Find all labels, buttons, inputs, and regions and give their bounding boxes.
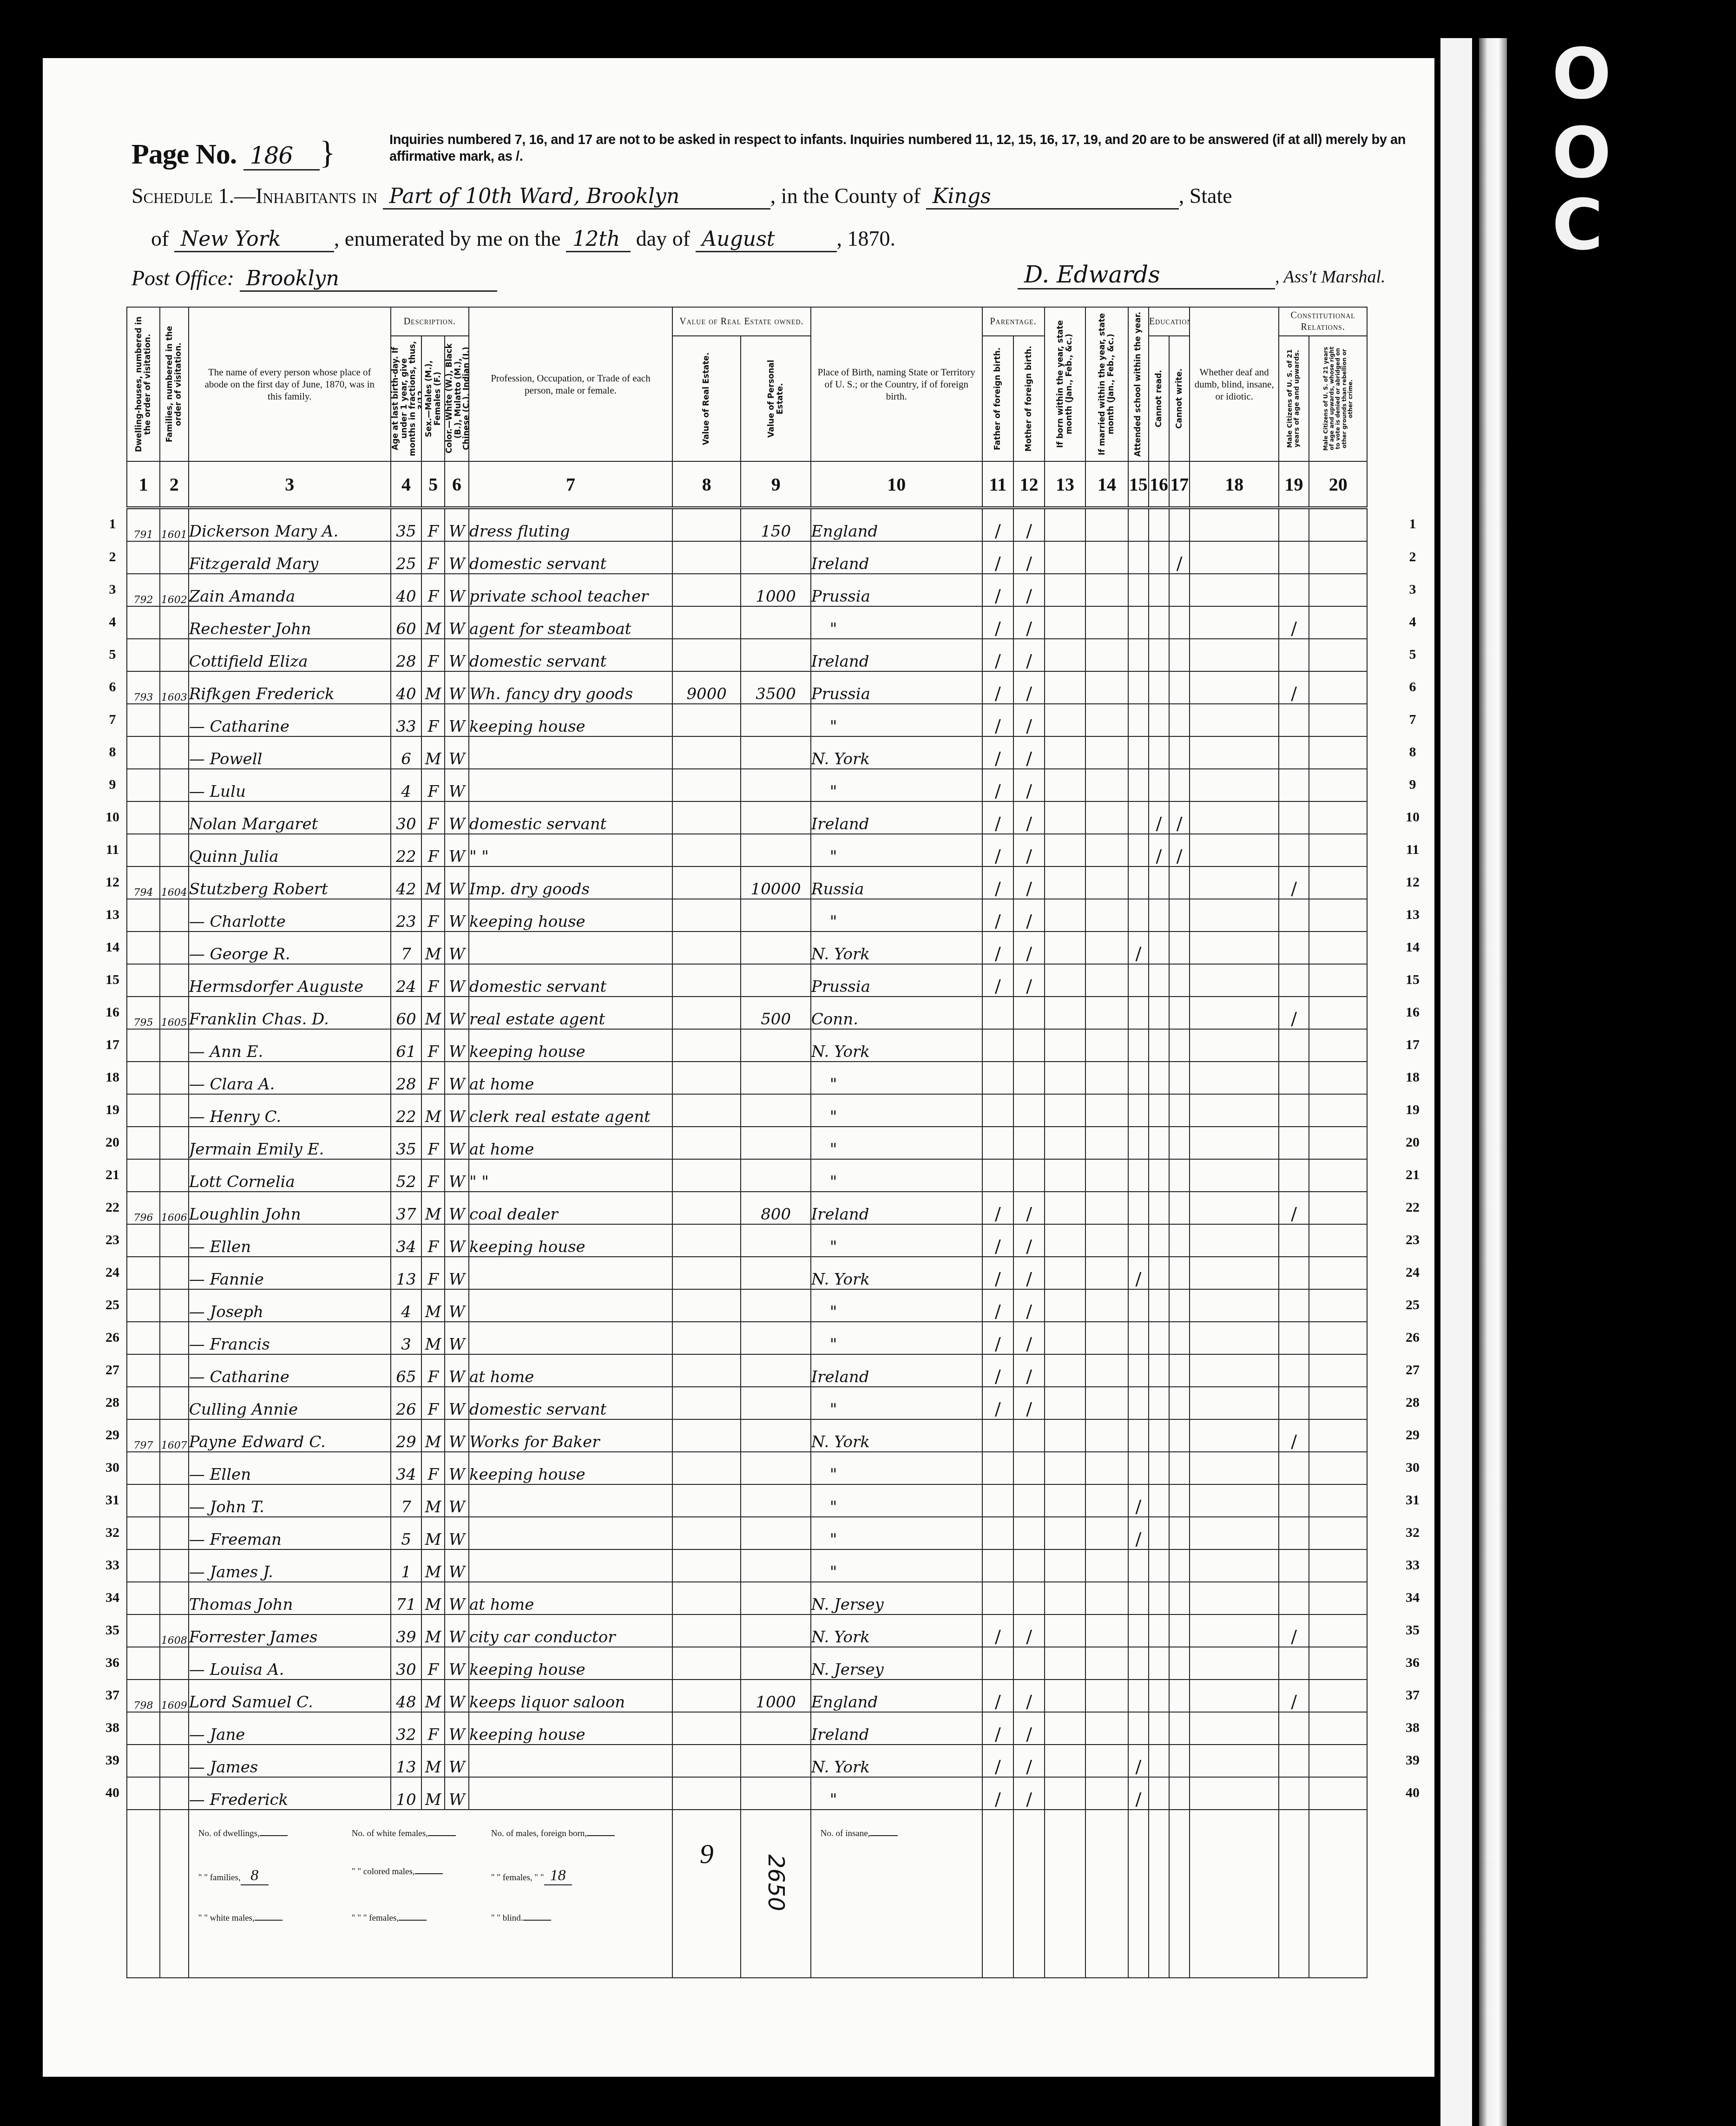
cell-family: [160, 1387, 189, 1419]
cell-father-foreign: /: [982, 541, 1014, 574]
cell-citizen-denied: [1309, 1517, 1367, 1549]
cell-father-foreign: /: [982, 834, 1014, 866]
cell-school: [1128, 964, 1149, 997]
cell-dwelling: [127, 1094, 160, 1127]
cell-mother-foreign: /: [1013, 606, 1044, 639]
cell-sex: M: [421, 1289, 445, 1322]
cell-dwelling: [127, 1712, 160, 1745]
summary-row: No. of dwellings, No. of white females, …: [127, 1810, 1436, 1978]
line-number: 25: [103, 1297, 122, 1313]
cell-occupation: [469, 1745, 672, 1777]
column-number: 6: [445, 461, 469, 508]
cell-born-month: [1045, 1419, 1085, 1452]
cell-dwelling: 795: [127, 997, 160, 1029]
cell-born-month: [1045, 997, 1085, 1029]
cell-cannot-read: [1149, 1614, 1169, 1647]
cell-occupation: [469, 1257, 672, 1289]
line-number: 31: [1403, 1492, 1422, 1508]
cell-born-month: [1045, 1224, 1085, 1257]
cell-family: [160, 1289, 189, 1322]
cell-real-estate: [672, 997, 741, 1029]
cell-color: W: [445, 834, 469, 866]
line-number: 29: [103, 1427, 122, 1443]
table-row: Rechester John60MWagent for steamboat"//…: [127, 606, 1436, 639]
cell-mother-foreign: [1013, 1647, 1044, 1680]
cell-citizen: /: [1279, 1192, 1309, 1224]
cell-disability: [1190, 1712, 1279, 1745]
cell-birthplace: Ireland: [811, 541, 982, 574]
cell-color: W: [445, 1647, 469, 1680]
cell-school: [1128, 1094, 1149, 1127]
cell-real-estate: [672, 932, 741, 964]
cell-real-estate: [672, 1354, 741, 1387]
cell-family: [160, 704, 189, 736]
cell-cannot-read: [1149, 997, 1169, 1029]
state-field: New York: [174, 227, 334, 252]
line-number: 6: [1403, 679, 1422, 695]
col-13-header: If born within the year, state month (Ja…: [1045, 307, 1085, 461]
cell-color: W: [445, 1387, 469, 1419]
cell-family: 1603: [160, 671, 189, 704]
cell-cannot-read: [1149, 671, 1169, 704]
cell-citizen: [1279, 1127, 1309, 1159]
cell-real-estate: [672, 801, 741, 834]
cell-mother-foreign: /: [1013, 1354, 1044, 1387]
cell-birthplace: Ireland: [811, 801, 982, 834]
cell-sex: M: [421, 671, 445, 704]
cell-citizen-denied: [1309, 1484, 1367, 1517]
cell-citizen-denied: [1309, 639, 1367, 671]
cell-sex: M: [421, 1517, 445, 1549]
cell-disability: [1190, 801, 1279, 834]
cell-personal-estate: [741, 606, 810, 639]
cell-cannot-read: [1149, 866, 1169, 899]
cell-school: [1128, 1419, 1149, 1452]
cell-born-month: [1045, 1127, 1085, 1159]
cell-born-month: [1045, 1094, 1085, 1127]
cell-disability: [1190, 1549, 1279, 1582]
cell-mother-foreign: /: [1013, 932, 1044, 964]
cell-family: 1607: [160, 1419, 189, 1452]
cell-real-estate: [672, 964, 741, 997]
cell-birthplace: ": [811, 1159, 982, 1192]
cell-dwelling: [127, 1452, 160, 1484]
cell-school: [1128, 866, 1149, 899]
cell-occupation: [469, 1484, 672, 1517]
cell-citizen-denied: [1309, 606, 1367, 639]
cell-cannot-write: [1169, 1192, 1190, 1224]
cell-disability: [1190, 866, 1279, 899]
cell-family: [160, 1549, 189, 1582]
cell-birthplace: Ireland: [811, 1712, 982, 1745]
cell-cannot-write: [1169, 1322, 1190, 1354]
cell-sex: F: [421, 1062, 445, 1094]
line-number: 30: [103, 1460, 122, 1476]
cell-color: W: [445, 1192, 469, 1224]
cell-real-estate: [672, 866, 741, 899]
cell-citizen-denied: [1309, 1712, 1367, 1745]
cell-citizen-denied: [1309, 1777, 1367, 1810]
cell-birthplace: ": [811, 1289, 982, 1322]
cell-born-month: [1045, 1549, 1085, 1582]
cell-dwelling: 791: [127, 508, 160, 541]
cell-married-month: [1085, 1517, 1128, 1549]
cell-sex: M: [421, 1094, 445, 1127]
cell-citizen-denied: [1309, 1322, 1367, 1354]
cell-married-month: [1085, 574, 1128, 606]
cell-father-foreign: [982, 997, 1014, 1029]
table-row: Jermain Emily E.35FWat home": [127, 1127, 1436, 1159]
cell-born-month: [1045, 801, 1085, 834]
cell-name: Rifkgen Frederick: [189, 671, 391, 704]
line-number: 35: [103, 1622, 122, 1638]
cell-family: [160, 899, 189, 932]
cell-citizen: [1279, 834, 1309, 866]
cell-personal-estate: [741, 639, 810, 671]
cell-cannot-write: [1169, 1549, 1190, 1582]
cell-father-foreign: /: [982, 769, 1014, 801]
line-number: 15: [1403, 972, 1422, 988]
cell-cannot-read: [1149, 1517, 1169, 1549]
cell-real-estate: [672, 639, 741, 671]
cell-family: [160, 1224, 189, 1257]
cell-born-month: [1045, 606, 1085, 639]
cell-color: W: [445, 1062, 469, 1094]
cell-family: [160, 1354, 189, 1387]
cell-birthplace: ": [811, 1517, 982, 1549]
cell-citizen: [1279, 1257, 1309, 1289]
table-row: 7971607Payne Edward C.29MWWorks for Bake…: [127, 1419, 1436, 1452]
enumeration-line: of New York, enumerated by me on the 12t…: [151, 226, 895, 252]
cell-school: [1128, 834, 1149, 866]
cell-birthplace: N. Jersey: [811, 1647, 982, 1680]
col-7-header: Profession, Occupation, or Trade of each…: [469, 307, 672, 461]
cell-father-foreign: [982, 1127, 1014, 1159]
cell-citizen: /: [1279, 997, 1309, 1029]
cell-citizen: /: [1279, 1680, 1309, 1712]
cell-married-month: [1085, 1127, 1128, 1159]
cell-name: — Ellen: [189, 1452, 391, 1484]
col-6-header: Color.—White (W.), Black (B.), Mulatto (…: [445, 336, 469, 461]
cell-cannot-read: [1149, 1159, 1169, 1192]
cell-color: W: [445, 736, 469, 769]
line-number: 12: [1403, 874, 1422, 890]
col-1-header: Dwelling-houses, numbered in the order o…: [127, 307, 160, 461]
cell-personal-estate: [741, 1159, 810, 1192]
cell-school: [1128, 606, 1149, 639]
cell-personal-estate: [741, 1517, 810, 1549]
cell-citizen-denied: [1309, 541, 1367, 574]
cell-occupation: clerk real estate agent: [469, 1094, 672, 1127]
year-label: , 1870.: [837, 227, 896, 250]
cell-name: — Ellen: [189, 1224, 391, 1257]
cell-cannot-write: [1169, 1582, 1190, 1614]
cell-age: 37: [391, 1192, 421, 1224]
cell-occupation: [469, 1777, 672, 1810]
line-number: 17: [103, 1037, 122, 1053]
cell-occupation: domestic servant: [469, 1387, 672, 1419]
cell-cannot-write: [1169, 1062, 1190, 1094]
cell-school: /: [1128, 1517, 1149, 1549]
line-number: 32: [1403, 1525, 1422, 1541]
cell-sex: F: [421, 1127, 445, 1159]
cell-name: — Clara A.: [189, 1062, 391, 1094]
cell-father-foreign: /: [982, 1777, 1014, 1810]
cell-age: 4: [391, 1289, 421, 1322]
cell-disability: [1190, 1517, 1279, 1549]
cell-real-estate: [672, 834, 741, 866]
column-number: 17: [1169, 461, 1190, 508]
cell-occupation: keeps liquor saloon: [469, 1680, 672, 1712]
cell-name: Rechester John: [189, 606, 391, 639]
cell-name: — Powell: [189, 736, 391, 769]
cell-cannot-read: [1149, 574, 1169, 606]
cell-occupation: real estate agent: [469, 997, 672, 1029]
cell-school: [1128, 671, 1149, 704]
column-number-row: 1234567891011121314151617181920: [127, 461, 1436, 508]
cell-name: — Catharine: [189, 704, 391, 736]
place-field: Part of 10th Ward, Brooklyn: [383, 184, 770, 210]
cell-dwelling: [127, 1614, 160, 1647]
cell-occupation: domestic servant: [469, 639, 672, 671]
month-field: August: [696, 227, 837, 252]
cell-sex: F: [421, 834, 445, 866]
cell-name: — James J.: [189, 1549, 391, 1582]
cell-citizen: [1279, 1647, 1309, 1680]
cell-citizen: [1279, 1224, 1309, 1257]
cell-birthplace: ": [811, 1549, 982, 1582]
cell-color: W: [445, 1289, 469, 1322]
cell-citizen-denied: [1309, 1647, 1367, 1680]
cell-dwelling: [127, 1029, 160, 1062]
cell-father-foreign: /: [982, 1387, 1014, 1419]
cell-mother-foreign: /: [1013, 769, 1044, 801]
cell-disability: [1190, 574, 1279, 606]
line-number: 7: [1403, 712, 1422, 728]
cell-family: [160, 1094, 189, 1127]
cell-family: [160, 1029, 189, 1062]
line-number: 10: [1403, 809, 1422, 825]
cell-mother-foreign: /: [1013, 541, 1044, 574]
cell-married-month: [1085, 866, 1128, 899]
cell-school: [1128, 541, 1149, 574]
cell-sex: F: [421, 1712, 445, 1745]
cell-birthplace: Prussia: [811, 574, 982, 606]
cell-color: W: [445, 1224, 469, 1257]
cell-married-month: [1085, 1484, 1128, 1517]
cell-occupation: city car conductor: [469, 1614, 672, 1647]
cell-cannot-write: [1169, 1419, 1190, 1452]
cell-cannot-write: [1169, 1257, 1190, 1289]
cell-family: 1606: [160, 1192, 189, 1224]
cell-family: [160, 1127, 189, 1159]
cell-cannot-write: /: [1169, 801, 1190, 834]
cell-occupation: coal dealer: [469, 1192, 672, 1224]
cell-father-foreign: /: [982, 736, 1014, 769]
cell-cannot-write: [1169, 1127, 1190, 1159]
cell-mother-foreign: /: [1013, 834, 1044, 866]
cell-dwelling: [127, 1224, 160, 1257]
film-margin-strip: [1440, 38, 1472, 2126]
cell-dwelling: 793: [127, 671, 160, 704]
cell-dwelling: [127, 1777, 160, 1810]
cell-mother-foreign: /: [1013, 736, 1044, 769]
cell-color: W: [445, 1614, 469, 1647]
line-number: 33: [103, 1557, 122, 1573]
line-number: 34: [103, 1590, 122, 1606]
cell-citizen: [1279, 704, 1309, 736]
table-row: Culling Annie26FWdomestic servant"//: [127, 1387, 1436, 1419]
cell-cannot-read: [1149, 704, 1169, 736]
cell-family: [160, 1777, 189, 1810]
cell-cannot-read: /: [1149, 834, 1169, 866]
cell-citizen: [1279, 639, 1309, 671]
cell-sex: F: [421, 1159, 445, 1192]
line-number: 21: [1403, 1167, 1422, 1183]
cell-family: [160, 1322, 189, 1354]
cell-father-foreign: [982, 1419, 1014, 1452]
cell-color: W: [445, 508, 469, 541]
cell-born-month: [1045, 736, 1085, 769]
cell-married-month: [1085, 1192, 1128, 1224]
cell-cannot-write: [1169, 1484, 1190, 1517]
cell-name: Cottifield Eliza: [189, 639, 391, 671]
line-number: 9: [103, 777, 122, 793]
cell-real-estate: [672, 769, 741, 801]
cell-mother-foreign: /: [1013, 574, 1044, 606]
cell-color: W: [445, 899, 469, 932]
cell-married-month: [1085, 1062, 1128, 1094]
cell-birthplace: ": [811, 1224, 982, 1257]
cell-age: 30: [391, 1647, 421, 1680]
line-number: 1: [103, 516, 122, 532]
cell-cannot-read: [1149, 1582, 1169, 1614]
cell-personal-estate: [741, 1062, 810, 1094]
cell-birthplace: N. Jersey: [811, 1582, 982, 1614]
cell-dwelling: [127, 736, 160, 769]
cell-personal-estate: [741, 1127, 810, 1159]
line-number: 1: [1403, 516, 1422, 532]
cell-mother-foreign: [1013, 1094, 1044, 1127]
cell-born-month: [1045, 834, 1085, 866]
cell-color: W: [445, 1322, 469, 1354]
cell-personal-estate: [741, 1614, 810, 1647]
cell-name: Payne Edward C.: [189, 1419, 391, 1452]
cell-occupation: domestic servant: [469, 801, 672, 834]
cell-personal-estate: [741, 1484, 810, 1517]
cell-disability: [1190, 1192, 1279, 1224]
cell-name: — Francis: [189, 1322, 391, 1354]
cell-mother-foreign: /: [1013, 1777, 1044, 1810]
cell-citizen: /: [1279, 671, 1309, 704]
cell-citizen: /: [1279, 606, 1309, 639]
cell-school: /: [1128, 1745, 1149, 1777]
summary-counts: No. of dwellings, No. of white females, …: [189, 1810, 672, 1978]
cell-mother-foreign: /: [1013, 801, 1044, 834]
cell-school: [1128, 1062, 1149, 1094]
line-number: 24: [1403, 1265, 1422, 1280]
table-row: — Lulu4FW"//: [127, 769, 1436, 801]
cell-sex: M: [421, 1745, 445, 1777]
cell-father-foreign: [982, 1549, 1014, 1582]
cell-birthplace: ": [811, 1484, 982, 1517]
table-row: Quinn Julia22FW" ""////: [127, 834, 1436, 866]
col-12-header: Mother of foreign birth.: [1013, 336, 1044, 461]
cell-age: 23: [391, 899, 421, 932]
cell-color: W: [445, 1745, 469, 1777]
cell-cannot-read: [1149, 736, 1169, 769]
cell-real-estate: 9000: [672, 671, 741, 704]
cell-personal-estate: [741, 1452, 810, 1484]
cell-sex: F: [421, 1029, 445, 1062]
line-number: 3: [1403, 582, 1422, 597]
cell-citizen-denied: [1309, 997, 1367, 1029]
cell-citizen: [1279, 1289, 1309, 1322]
cell-born-month: [1045, 1452, 1085, 1484]
cell-cannot-write: /: [1169, 834, 1190, 866]
col-2-header: Families, numbered in the order of visit…: [160, 307, 189, 461]
cell-name: — James: [189, 1745, 391, 1777]
cell-occupation: keeping house: [469, 899, 672, 932]
cell-sex: F: [421, 704, 445, 736]
col-8-header: Value of Real Estate.: [672, 336, 741, 461]
cell-married-month: [1085, 1354, 1128, 1387]
cell-citizen: [1279, 1452, 1309, 1484]
cell-mother-foreign: /: [1013, 1680, 1044, 1712]
cell-married-month: [1085, 1159, 1128, 1192]
cell-married-month: [1085, 997, 1128, 1029]
parentage-group-header: Parentage.: [982, 307, 1045, 336]
cell-citizen-denied: [1309, 801, 1367, 834]
cell-cannot-read: [1149, 1452, 1169, 1484]
cell-citizen: [1279, 1484, 1309, 1517]
cell-cannot-write: [1169, 1777, 1190, 1810]
column-number: 16: [1149, 461, 1169, 508]
table-row: — Francis3MW"//: [127, 1322, 1436, 1354]
cell-married-month: [1085, 1322, 1128, 1354]
cell-born-month: [1045, 508, 1085, 541]
table-row: — John T.7MW"/: [127, 1484, 1436, 1517]
col-3-header: The name of every person whose place of …: [189, 307, 391, 461]
cell-married-month: [1085, 1452, 1128, 1484]
cell-color: W: [445, 1094, 469, 1127]
cell-school: [1128, 997, 1149, 1029]
cell-citizen-denied: [1309, 964, 1367, 997]
cell-personal-estate: [741, 1224, 810, 1257]
day-field: 12th: [566, 227, 631, 252]
line-number: 16: [1403, 1004, 1422, 1020]
cell-school: [1128, 1289, 1149, 1322]
table-row: — Ann E.61FWkeeping houseN. York: [127, 1029, 1436, 1062]
cell-citizen: [1279, 932, 1309, 964]
cell-color: W: [445, 1029, 469, 1062]
cell-color: W: [445, 1419, 469, 1452]
cell-school: [1128, 508, 1149, 541]
post-office-line: Post Office: Brooklyn: [132, 266, 497, 292]
state-label: , State: [1179, 184, 1232, 208]
cell-citizen-denied: [1309, 932, 1367, 964]
cell-citizen: [1279, 964, 1309, 997]
cell-mother-foreign: [1013, 1582, 1044, 1614]
table-row: 7931603Rifkgen Frederick40MWWh. fancy dr…: [127, 671, 1436, 704]
film-mark: O: [1552, 118, 1611, 188]
column-number: 7: [469, 461, 672, 508]
cell-age: 28: [391, 639, 421, 671]
marshal-label: , Ass't Marshal.: [1275, 267, 1386, 287]
cell-occupation: Wh. fancy dry goods: [469, 671, 672, 704]
cell-sex: F: [421, 1354, 445, 1387]
cell-dwelling: 796: [127, 1192, 160, 1224]
